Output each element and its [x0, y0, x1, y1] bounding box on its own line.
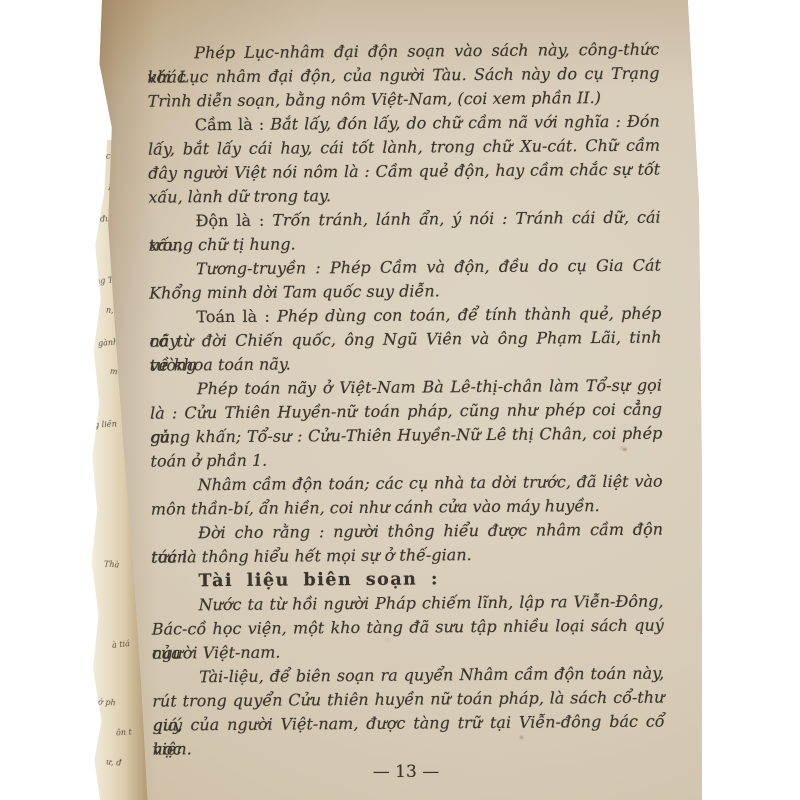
- text-segment: tức là thông hiểu hết mọi sự ở thế-gian.: [151, 545, 472, 567]
- paragraph: Độn là : Trốn tránh, lánh ẩn, ý nói : Tr…: [148, 206, 660, 258]
- text-segment: Tương-truyền : Phép Cầm và độn, đều do c…: [196, 256, 661, 279]
- text-segment: đây người Việt nói nôm là : Cầm quẻ độn,…: [148, 160, 660, 183]
- text-segment: Cầm là :: [195, 115, 271, 135]
- page-paper: Phép Lục-nhâm đại độn soạn vào sách này,…: [86, 0, 702, 800]
- text-segment: Bắt lấy, đón lấy, do chữ cầm nã với nghĩ…: [270, 112, 660, 134]
- paragraph: Tương-truyền : Phép Cầm và độn, đều do c…: [149, 254, 661, 306]
- text-segment: Tài liệu biên soạn :: [198, 569, 439, 591]
- book-page: ạ, cửBà giáđược vBồ-tắng Tựn, Mgành bmỗi…: [86, 0, 702, 800]
- paragraph: Nước ta từ hồi người Pháp chiếm lĩnh, lậ…: [152, 590, 665, 666]
- text-line: đây người Việt nói nôm là : Cầm quẻ độn,…: [148, 158, 660, 186]
- paragraph: Toán là : Phép dùng con toán, để tính th…: [149, 302, 662, 378]
- text-segment: Nhâm cầm độn toán; các cụ nhà ta dời trư…: [198, 472, 663, 495]
- paragraph: Tài-liệu, để biên soạn ra quyển Nhâm cầm…: [152, 662, 665, 762]
- text-segment: lấy, bắt lấy cái hay, cái tốt lành, tron…: [148, 136, 660, 159]
- text-line: Độn là : Trốn tránh, lánh ẩn, ý nói : Tr…: [148, 206, 660, 234]
- edge-text-fragment: g liền: [94, 419, 117, 429]
- text-segment: toán ở phần 1.: [150, 451, 267, 471]
- text-segment: trong chữ tị hung.: [149, 234, 296, 254]
- paragraph: Phép toán nãy ở Việt-Nam Bà Lê-thị-chân …: [150, 374, 663, 474]
- text-segment: cúng khấn; Tổ-sư : Cửu-Thiên Huyền-Nữ Lê…: [150, 424, 662, 447]
- page-number: — 13 —: [150, 760, 696, 784]
- text-segment: với Lục nhâm đại độn, của người Tàu. Sác…: [147, 64, 659, 87]
- text-line: giá, của người Việt-nam, được tàng trữ t…: [152, 710, 664, 738]
- text-line: Đời cho rằng : người thông hiểu được nhâ…: [151, 518, 663, 546]
- text-segment: Trình diễn soạn, bằng nôm Việt-Nam, (coi…: [148, 88, 601, 111]
- paragraph: Cầm là : Bắt lấy, đón lấy, do chữ cầm nã…: [148, 110, 661, 210]
- edge-text-fragment: ở ph: [98, 698, 116, 708]
- text-segment: viện.: [153, 739, 192, 758]
- paragraph: Nhâm cầm độn toán; các cụ nhà ta dời trư…: [151, 470, 663, 522]
- text-line: Tương-truyền : Phép Cầm và độn, đều do c…: [149, 254, 661, 282]
- text-segment: Độn là :: [196, 211, 273, 231]
- text-segment: Phép toán nãy ở Việt-Nam Bà Lê-thị-chân …: [197, 376, 662, 399]
- text-segment: người Việt-nam.: [152, 643, 281, 663]
- text-segment: Khổng minh dời Tam quốc suy diễn.: [149, 281, 440, 302]
- text-segment: về khoa toán nãy.: [150, 355, 291, 375]
- text-segment: Toán là :: [196, 307, 277, 327]
- edge-text-fragment: ôn t: [116, 727, 132, 737]
- text-segment: Nước ta từ hồi người Pháp chiếm lĩnh, lậ…: [199, 592, 664, 615]
- paragraph: Đời cho rằng : người thông hiểu được nhâ…: [151, 518, 663, 570]
- page-text: Phép Lục-nhâm đại độn soạn vào sách này,…: [147, 38, 665, 762]
- text-segment: Tài-liệu, để biên soạn ra quyển Nhâm cầm…: [199, 664, 664, 687]
- text-line: cúng khấn; Tổ-sư : Cửu-Thiên Huyền-Nữ Lê…: [150, 422, 662, 450]
- edge-text-fragment: ư, đ: [106, 757, 122, 767]
- text-segment: môn thần-bí, ẩn hiền, coi như cánh cửa v…: [151, 496, 600, 519]
- paragraph: Phép Lục-nhâm đại độn soạn vào sách này,…: [147, 38, 660, 114]
- text-line: viện.: [153, 734, 665, 762]
- edge-text-fragment: Thà: [104, 559, 120, 569]
- text-line: có từ đời Chiến quốc, ông Ngũ Viên và ôn…: [149, 326, 661, 354]
- edge-text-fragment: à tiá: [112, 639, 131, 650]
- scanned-book-photo: ạ, cửBà giáđược vBồ-tắng Tựn, Mgành bmỗi…: [0, 0, 800, 800]
- text-line: Bác-cồ học viện, một kho tàng đã sưu tập…: [152, 614, 664, 642]
- text-segment: xấu, lành dữ trong tay.: [148, 186, 331, 206]
